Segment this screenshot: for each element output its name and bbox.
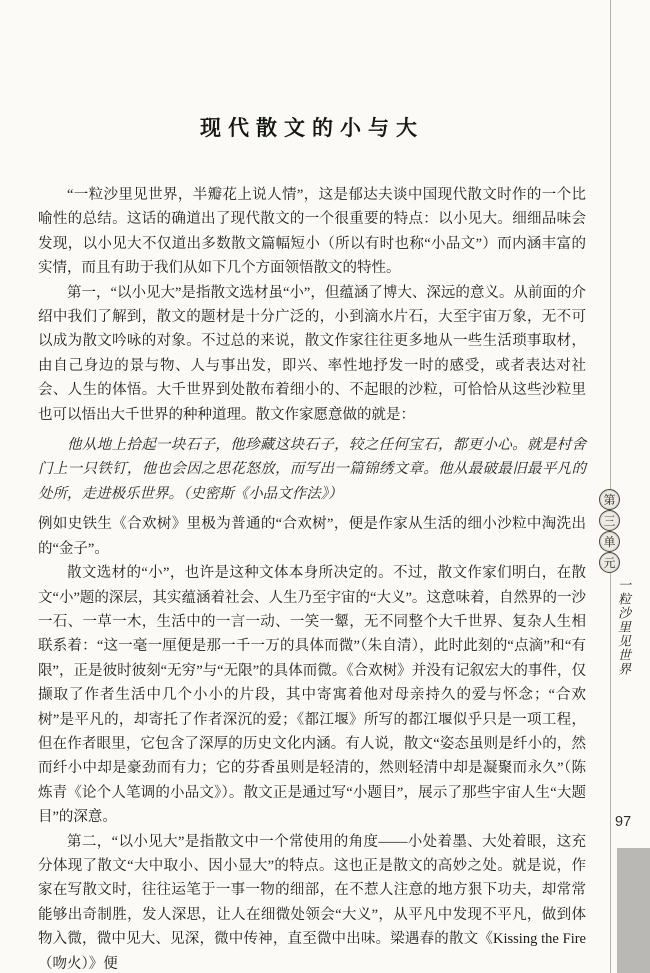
- sidebar-rule: [610, 0, 611, 973]
- unit-badge-circle: 单: [599, 531, 620, 552]
- paragraph-small-theme: 散文选材的“小”，也许是这种文体本身所决定的。不过，散文作家们明白，在散文“小”…: [38, 561, 586, 829]
- body-text: “一粒沙里见世界，半瓣花上说人情”，这是郁达夫谈中国现代散文时作的一个比喻性的总…: [38, 183, 586, 973]
- unit-badge-char: 元: [603, 557, 615, 569]
- unit-badge: 第 三 单 元: [599, 489, 620, 573]
- unit-badge-circle: 元: [599, 552, 620, 573]
- page-number: 97: [615, 814, 631, 830]
- unit-badge-char: 三: [603, 515, 615, 527]
- unit-badge-circle: 第: [599, 489, 620, 510]
- paragraph-point-two: 第二，“以小见大”是指散文中一个常使用的角度——小处着墨、大处着眼，这充分体现了…: [38, 830, 586, 973]
- page-title: 现代散文的小与大: [38, 112, 586, 142]
- paragraph-point-one: 第一，“以小见大”是指散文选材虽“小”，但蕴涵了博大、深远的意义。从前面的介绍中…: [38, 281, 586, 427]
- quote-block: 他从地上拾起一块石子，他珍藏这块石子，较之任何宝石，都更小心。就是村舍门上一只铁…: [38, 433, 586, 506]
- unit-badge-circle: 三: [599, 510, 620, 531]
- sidebar-unit-title: 一粒沙里见世界: [614, 578, 633, 676]
- paragraph-example: 例如史铁生《合欢树》里极为普通的“合欢树”，便是作家从生活的细小沙粒中淘洗出的“…: [38, 512, 586, 561]
- textbook-page: 现代散文的小与大 “一粒沙里见世界，半瓣花上说人情”，这是郁达夫谈中国现代散文时…: [0, 0, 650, 973]
- paragraph-intro: “一粒沙里见世界，半瓣花上说人情”，这是郁达夫谈中国现代散文时作的一个比喻性的总…: [38, 183, 586, 281]
- unit-badge-char: 单: [603, 536, 615, 548]
- unit-badge-char: 第: [603, 494, 615, 506]
- bottom-gray-block: [617, 848, 650, 973]
